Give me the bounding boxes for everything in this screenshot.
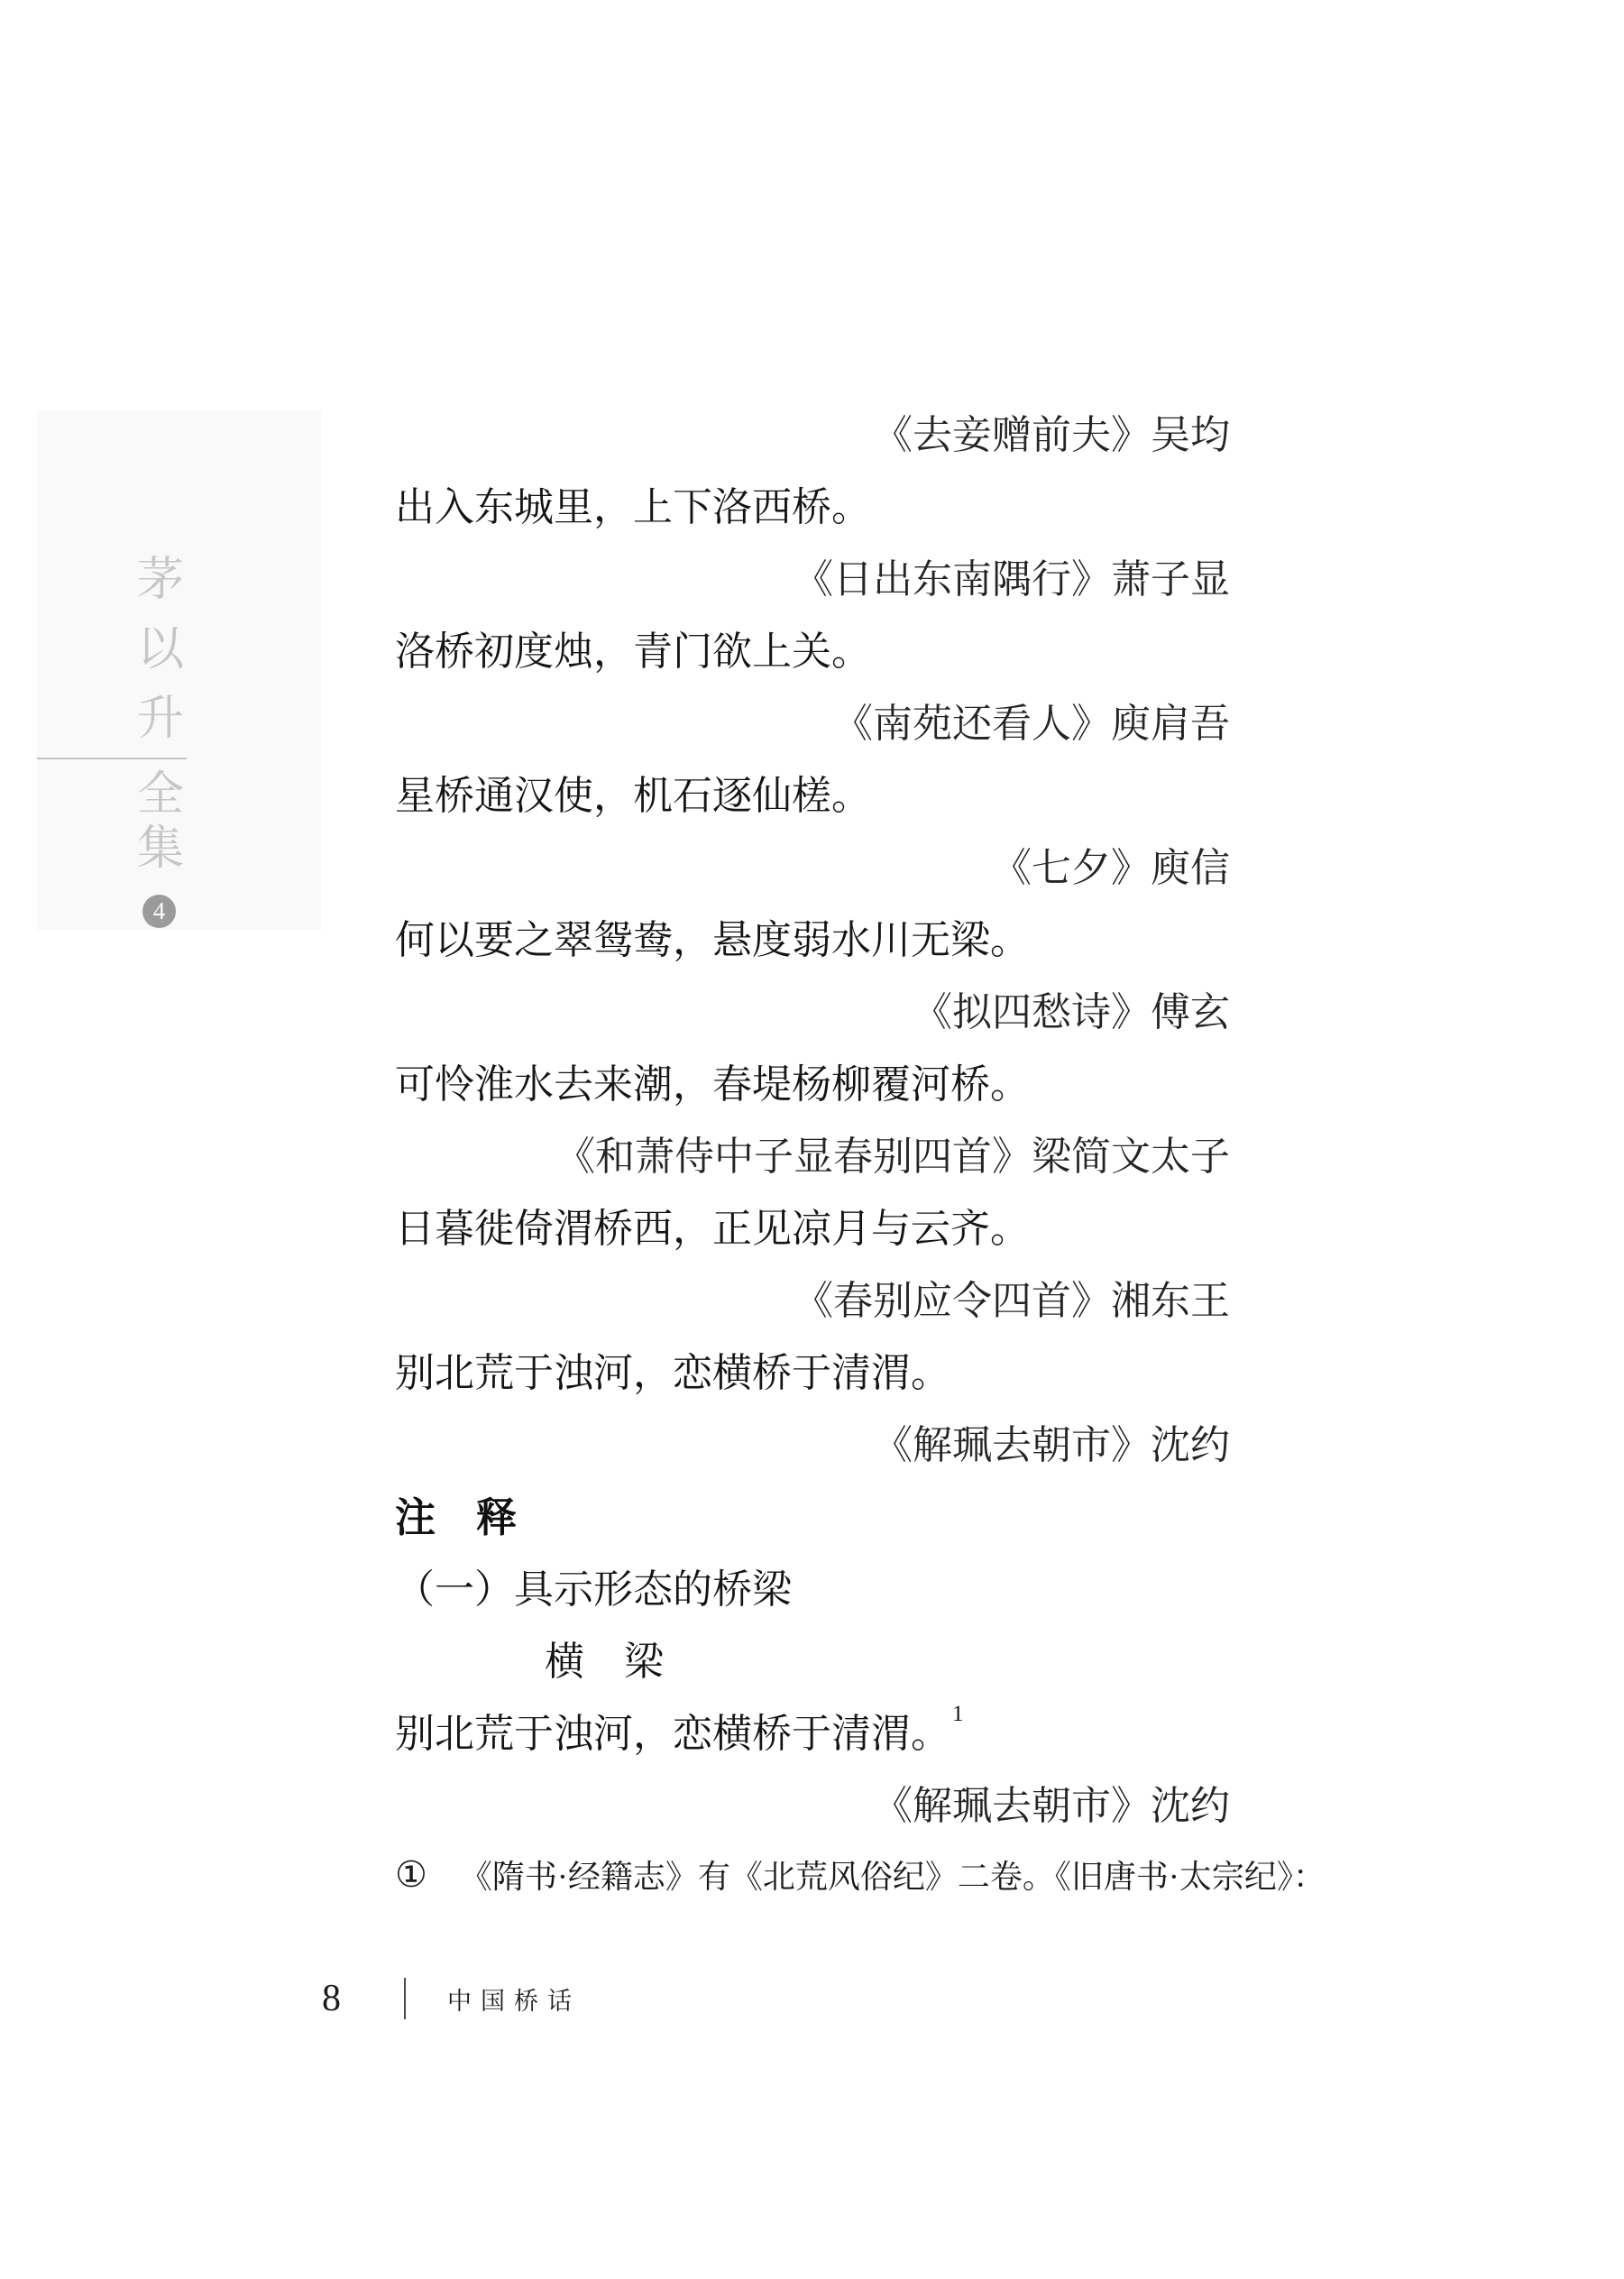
spine-series-title-top: 茅以升 (133, 557, 188, 743)
note-subheading: （一）具示形态的桥梁 (395, 1549, 1307, 1622)
line-text: 可怜淮水去来潮，春堤杨柳覆河桥。 (395, 1052, 1030, 1109)
line-text: 《和萧侍中子显春别四首》梁简文太子 (555, 1124, 1230, 1181)
line-text: 出入东城里，上下洛西桥。 (395, 474, 871, 532)
spine-series-title-bottom: 全集 (133, 772, 188, 873)
line-text: 《隋书·经籍志》有《北荒风俗纪》二卷。《旧唐书·太宗纪》： (460, 1852, 1326, 1898)
note-section-title: 横 梁 (395, 1622, 1307, 1694)
poem-attribution: 《解珮去朝市》沈约 (395, 1766, 1307, 1838)
line-text: 《南苑还看人》庾肩吾 (833, 691, 1230, 749)
footer-divider-line (404, 1978, 406, 2019)
verse-line: 别北荒于浊河，恋横桥于清渭。 (395, 1333, 1307, 1405)
verse-line: 日暮徙倚渭桥西，正见凉月与云齐。 (395, 1189, 1307, 1261)
spine-title-char: 茅 (137, 557, 184, 604)
line-text: 横 梁 (545, 1629, 664, 1686)
page-number: 8 (322, 1977, 341, 2020)
line-text: 《解珮去朝市》沈约 (873, 1412, 1230, 1470)
content-lines: 《去妾赠前夫》吴均出入东城里，上下洛西桥。《日出东南隅行》萧子显洛桥初度烛，青门… (395, 395, 1307, 1910)
line-text: 星桥通汉使，机石逐仙槎。 (395, 763, 871, 821)
poem-attribution: 《七夕》庾信 (395, 828, 1307, 900)
poem-attribution: 《南苑还看人》庾肩吾 (395, 684, 1307, 756)
spine-divider-line (37, 758, 187, 759)
notes-heading: 注 释 (395, 1477, 1307, 1549)
volume-number-badge: 4 (142, 895, 176, 928)
poem-attribution: 《去妾赠前夫》吴均 (395, 395, 1307, 467)
line-text: 《拟四愁诗》傅玄 (913, 979, 1230, 1037)
page-footer: 8 中国桥话 (322, 1977, 581, 2020)
line-text: 别北荒于浊河，恋横桥于清渭。 (395, 1701, 950, 1759)
line-text: 日暮徙倚渭桥西，正见凉月与云齐。 (395, 1196, 1030, 1254)
spine-title-char: 以 (137, 627, 184, 674)
line-text: 《七夕》庾信 (992, 835, 1230, 893)
footer-book-title: 中国桥话 (447, 1981, 581, 2017)
footnote-ref: 1 (952, 1702, 964, 1727)
poem-attribution: 《和萧侍中子显春别四首》梁简文太子 (395, 1117, 1307, 1189)
spine-title-char: 全 (137, 772, 184, 819)
verse-line: 何以要之翠鸳鸯，悬度弱水川无梁。 (395, 900, 1307, 972)
spine-title-char: 集 (137, 826, 184, 873)
line-text: 注 释 (395, 1484, 517, 1543)
book-page: { "sidebar": { "series_top_chars": ["茅",… (0, 0, 1624, 2279)
line-text: 《春别应令四首》湘东王 (794, 1268, 1230, 1326)
verse-line: 洛桥初度烛，青门欲上关。 (395, 611, 1307, 684)
line-text: 《日出东南隅行》萧子显 (794, 547, 1230, 604)
line-text: 洛桥初度烛，青门欲上关。 (395, 619, 871, 676)
line-text: 别北荒于浊河，恋横桥于清渭。 (395, 1340, 950, 1398)
line-text: 《解珮去朝市》沈约 (873, 1773, 1230, 1831)
poem-attribution: 《春别应令四首》湘东王 (395, 1261, 1307, 1333)
poem-attribution: 《解珮去朝市》沈约 (395, 1405, 1307, 1477)
line-text: 《去妾赠前夫》吴均 (873, 402, 1230, 460)
footnote-marker: ① (395, 1853, 427, 1896)
line-text: 何以要之翠鸳鸯，悬度弱水川无梁。 (395, 907, 1030, 965)
volume-number: 4 (153, 899, 166, 924)
poem-attribution: 《日出东南隅行》萧子显 (395, 539, 1307, 611)
spine-title-char: 升 (137, 696, 184, 743)
verse-line-with-ref: 别北荒于浊河，恋横桥于清渭。1 (395, 1694, 1307, 1766)
verse-line: 可怜淮水去来潮，春堤杨柳覆河桥。 (395, 1044, 1307, 1117)
footnote-line: ①《隋书·经籍志》有《北荒风俗纪》二卷。《旧唐书·太宗纪》： (395, 1838, 1307, 1910)
verse-line: 星桥通汉使，机石逐仙槎。 (395, 756, 1307, 828)
line-text: （一）具示形态的桥梁 (395, 1557, 792, 1614)
verse-line: 出入东城里，上下洛西桥。 (395, 467, 1307, 539)
poem-attribution: 《拟四愁诗》傅玄 (395, 972, 1307, 1044)
